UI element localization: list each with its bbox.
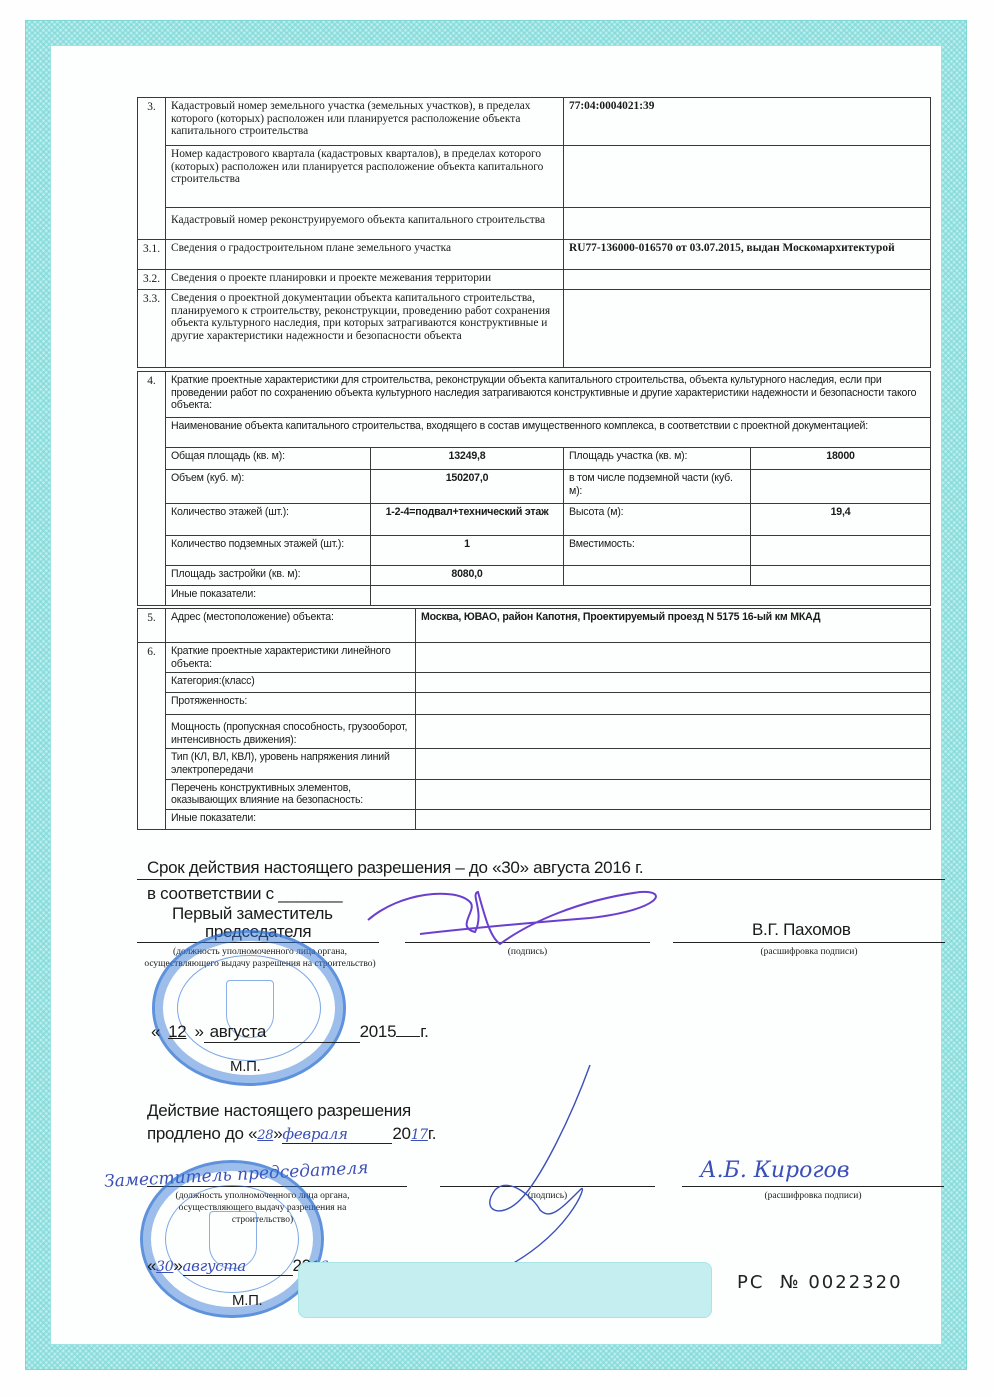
other-indicators-value <box>371 586 931 606</box>
form-number: 0022320 <box>808 1272 902 1293</box>
issue-month: августа <box>204 1022 360 1043</box>
floors-value: 1-2-4=подвал+технический этаж <box>371 504 564 536</box>
total-area-label: Общая площадь (кв. м): <box>166 448 371 470</box>
volume-label: Объем (куб. м): <box>166 470 371 504</box>
divider <box>137 879 945 880</box>
section-5-6-table: 5. Адрес (местоположение) объекта: Москв… <box>137 608 931 830</box>
extension-name-line <box>682 1186 944 1187</box>
field-label: Протяженность: <box>166 693 416 715</box>
field-value <box>416 715 931 749</box>
number-sign: № <box>780 1272 801 1293</box>
field-value <box>416 779 931 809</box>
field-label: Кадастровый номер земельного участка (зе… <box>166 98 564 146</box>
section-number: 3.1. <box>138 240 166 270</box>
signature-extension <box>440 1060 620 1280</box>
field-label: Иные показатели: <box>166 809 416 829</box>
field-value <box>564 208 931 240</box>
empty-value <box>751 566 931 586</box>
field-value <box>416 749 931 779</box>
section-number: 3.3. <box>138 290 166 368</box>
section-number: 5. <box>138 609 166 643</box>
section-3-table: 3. Кадастровый номер земельного участка … <box>137 97 931 368</box>
total-area-value: 13249,8 <box>371 448 564 470</box>
field-value <box>564 290 931 368</box>
field-value <box>416 809 931 829</box>
name-caption: (расшифровка подписи) <box>673 946 945 958</box>
field-label: Мощность (пропускная способность, грузоо… <box>166 715 416 749</box>
position-line-1: Первый заместитель <box>172 904 333 924</box>
according-text: в соответствии с _______ <box>147 884 342 904</box>
field-value <box>416 643 931 673</box>
field-label: Тип (КЛ, ВЛ, КВЛ), уровень напряжения ли… <box>166 749 416 779</box>
field-label: Номер кадастрового квартала (кадастровых… <box>166 146 564 208</box>
extension-month: февраля <box>282 1125 392 1144</box>
underground-floors-label: Количество подземных этажей (шт.): <box>166 536 371 566</box>
gpzu-value: RU77-136000-016570 от 03.07.2015, выдан … <box>564 240 931 270</box>
floors-label: Количество этажей (шт.): <box>166 504 371 536</box>
section-header: Краткие проектные характеристики для стр… <box>166 372 931 418</box>
field-value <box>416 693 931 715</box>
issue-year-suffix: г. <box>420 1022 428 1041</box>
field-label: Кадастровый номер реконструируемого объе… <box>166 208 564 240</box>
name-line <box>673 942 945 943</box>
extension-g: г. <box>428 1124 436 1143</box>
extension-name-caption: (расшифровка подписи) <box>682 1190 944 1202</box>
underground-volume-label: в том числе подземной части (куб. м): <box>564 470 751 504</box>
cadastral-number-value: 77:04:0004021:39 <box>564 98 931 146</box>
field-label: Категория:(класс) <box>166 673 416 693</box>
issue-day: 12 <box>160 1022 194 1041</box>
other-indicators-label: Иные показатели: <box>166 586 371 606</box>
section-number: 3. <box>138 98 166 240</box>
field-value <box>564 146 931 208</box>
height-label: Высота (м): <box>564 504 751 536</box>
address-label: Адрес (местоположение) объекта: <box>166 609 416 643</box>
form-series: РС <box>737 1272 764 1293</box>
height-value: 19,4 <box>751 504 931 536</box>
plot-area-value: 18000 <box>751 448 931 470</box>
address-value: Москва, ЮВАО, район Капотня, Проектируем… <box>416 609 931 643</box>
signature-pakhomov <box>360 882 670 962</box>
field-value <box>564 270 931 290</box>
plot-area-label: Площадь участка (кв. м): <box>564 448 751 470</box>
security-panel <box>298 1262 712 1318</box>
field-label: Сведения о проектной документации объект… <box>166 290 564 368</box>
field-label: Краткие проектные характеристики линейно… <box>166 643 416 673</box>
extension-day: 28 <box>257 1128 273 1143</box>
building-area-label: Площадь застройки (кв. м): <box>166 566 371 586</box>
extension-year-suffix: 17 <box>411 1127 428 1143</box>
section-number: 6. <box>138 643 166 830</box>
extension-name-handwritten: А.Б. Кирогов <box>700 1158 850 1183</box>
field-label: Сведения о проекте планировки и проекте … <box>166 270 564 290</box>
extension-line-2: продлено до «28»февраля2017г. <box>147 1124 436 1144</box>
seal-mark: М.П. <box>230 1058 260 1075</box>
extension-seal-mark: М.П. <box>232 1292 262 1309</box>
volume-value: 150207,0 <box>371 470 564 504</box>
form-serial-number: РС № 0022320 <box>737 1272 903 1293</box>
validity-text: Срок действия настоящего разрешения – до… <box>147 858 643 878</box>
field-label: Перечень конструктивных элементов, оказы… <box>166 779 416 809</box>
extension-year-prefix: 20 <box>392 1124 410 1143</box>
issue-date: «12»августа2015г. <box>151 1022 429 1043</box>
extended-until-label: продлено до <box>147 1124 244 1143</box>
section-number: 3.2. <box>138 270 166 290</box>
section-4-table: 4. Краткие проектные характеристики для … <box>137 371 931 606</box>
section-number: 4. <box>138 372 166 606</box>
field-value <box>416 673 931 693</box>
building-area-value: 8080,0 <box>371 566 564 586</box>
signatory-name: В.Г. Пахомов <box>752 920 851 940</box>
field-label: Сведения о градостроительном плане земел… <box>166 240 564 270</box>
extension-line-1: Действие настоящего разрешения <box>147 1101 411 1121</box>
empty-label <box>564 566 751 586</box>
capacity-value <box>751 536 931 566</box>
underground-volume-value <box>751 470 931 504</box>
extension-sign-month: августа <box>183 1257 293 1276</box>
object-name-label: Наименование объекта капитального строит… <box>166 418 931 448</box>
extension-sign-day: 30 <box>156 1259 173 1275</box>
issue-year: 2015 <box>360 1022 397 1041</box>
capacity-label: Вместимость: <box>564 536 751 566</box>
underground-floors-value: 1 <box>371 536 564 566</box>
